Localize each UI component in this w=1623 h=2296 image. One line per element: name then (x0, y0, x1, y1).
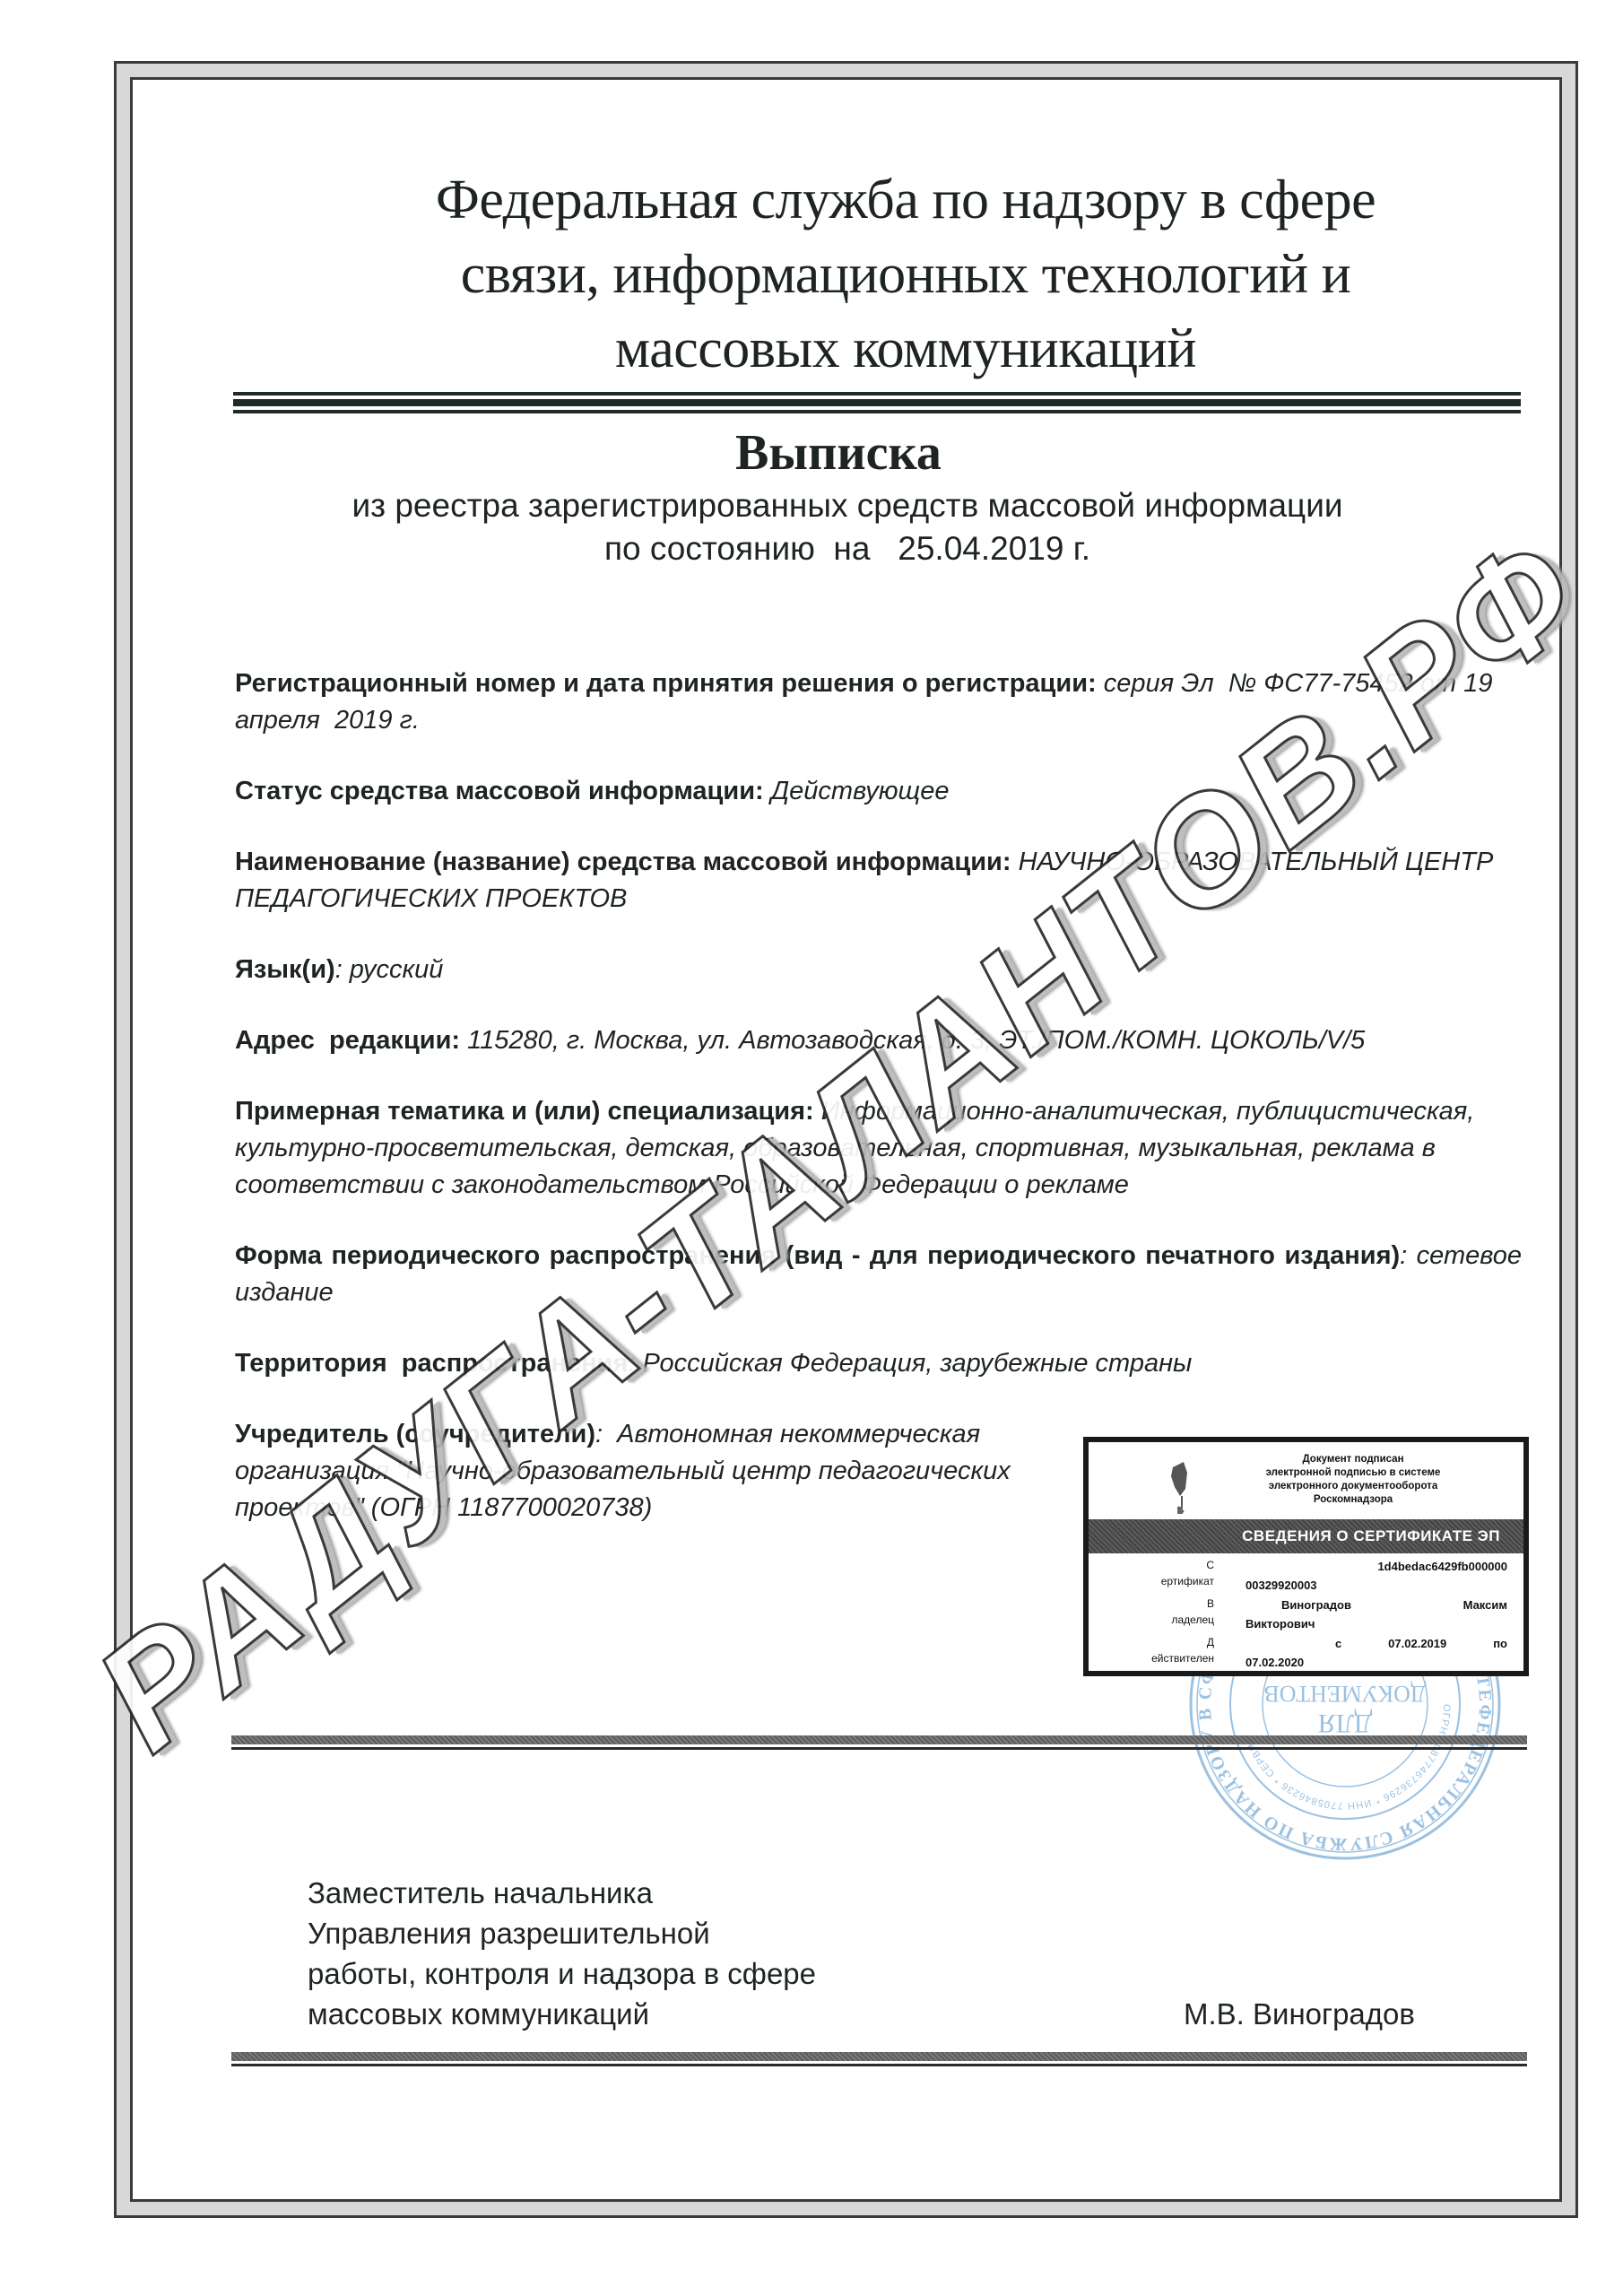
cert-notice-line: Документ подписан (1250, 1453, 1456, 1466)
cert-row-label: Действителен (1089, 1634, 1214, 1666)
signer-position: Заместитель начальника Управления разреш… (308, 1873, 816, 2034)
field-founder: Учредитель (соучредители): Автономная не… (235, 1416, 1078, 1526)
field-editorial-address: Адрес редакции: 115280, г. Москва, ул. А… (235, 1022, 1522, 1059)
field-label: Форма периодического распространения (ви… (235, 1241, 1400, 1270)
cert-row-value: ВиноградовМаксим Викторович (1245, 1596, 1507, 1633)
field-media-name: Наименование (название) средства массово… (235, 844, 1522, 918)
roskomnadzor-emblem-icon (1169, 1460, 1191, 1516)
section-divider (231, 1735, 1527, 1750)
subtitle-text: из реестра зарегистрированных средств ма… (296, 484, 1399, 527)
field-topics: Примерная тематика и (или) специализация… (235, 1093, 1522, 1204)
field-label: Регистрационный номер и дата принятия ре… (235, 669, 1097, 698)
cert-row-value: с07.02.2019по 07.02.2020 (1245, 1634, 1507, 1672)
cert-notice-line: электронного документооборота (1250, 1480, 1456, 1493)
document-subtitle: из реестра зарегистрированных средств ма… (296, 484, 1399, 570)
field-value: Действующее (764, 777, 950, 805)
cert-row-owner: Владелец ВиноградовМаксим Викторович (1089, 1596, 1523, 1634)
as-of-date-line: по состоянию на 25.04.2019 г. (296, 527, 1399, 570)
registry-fields: Регистрационный номер и дата принятия ре… (235, 665, 1522, 1561)
field-value: 115280, г. Москва, ул. Автозаводская, д.… (460, 1026, 1365, 1055)
cert-row-label: Сертификат (1089, 1557, 1214, 1589)
signer-position-line: работы, контроля и надзора в сфере (308, 1953, 816, 1994)
signer-position-line: Заместитель начальника (308, 1873, 816, 1913)
field-label: Наименование (название) средства массово… (235, 848, 1011, 876)
field-label: Учредитель (соучредители) (235, 1420, 595, 1448)
cert-band-title: СВЕДЕНИЯ О СЕРТИФИКАТЕ ЭП (1089, 1519, 1523, 1553)
cert-row-validity: Действителен с07.02.2019по 07.02.2020 (1089, 1634, 1523, 1673)
cert-row-label: Владелец (1089, 1596, 1214, 1628)
document-title: Выписка (54, 422, 1623, 484)
cert-row-value: 1d4bedac6429fb000000 00329920003 (1245, 1557, 1507, 1595)
field-value: : Российская Федерация, зарубежные стран… (628, 1349, 1192, 1378)
agency-line: массовых коммуникаций (386, 312, 1426, 387)
cert-row-certificate: Сертификат 1d4bedac6429fb000000 00329920… (1089, 1557, 1523, 1596)
footer-divider (231, 2052, 1527, 2066)
cert-notice-line: Роскомнадзора (1250, 1493, 1456, 1507)
field-label: Язык(и) (235, 955, 335, 984)
as-of-prefix: по состоянию на (604, 530, 870, 567)
field-territory: Территория распространения: Российская Ф… (235, 1345, 1522, 1382)
field-value: : русский (335, 955, 444, 984)
field-label: Статус средства массовой информации: (235, 777, 764, 805)
field-label: Примерная тематика и (или) специализация… (235, 1097, 814, 1126)
signer-position-line: массовых коммуникаций (308, 1994, 816, 2034)
e-signature-certificate-box: Документ подписан электронной подписью в… (1083, 1437, 1529, 1676)
cert-signed-notice: Документ подписан электронной подписью в… (1250, 1453, 1456, 1507)
svg-text:ДОКУМЕНТОВ: ДОКУМЕНТОВ (1263, 1681, 1426, 1707)
cert-rows: Сертификат 1d4bedac6429fb000000 00329920… (1089, 1557, 1523, 1673)
field-language: Язык(и): русский (235, 952, 1522, 988)
agency-line: связи, информационных технологий и (386, 238, 1426, 312)
agency-line: Федеральная служба по надзору в сфере (386, 163, 1426, 238)
field-registration-number: Регистрационный номер и дата принятия ре… (235, 665, 1522, 739)
field-distribution-form: Форма периодического распространения (ви… (235, 1238, 1522, 1311)
cert-notice-line: электронной подписью в системе (1250, 1466, 1456, 1480)
signer-position-line: Управления разрешительной (308, 1913, 816, 1953)
header-divider (233, 392, 1521, 413)
agency-header: Федеральная служба по надзору в сфере св… (386, 163, 1426, 387)
field-status: Статус средства массовой информации: Дей… (235, 773, 1522, 810)
field-label: Адрес редакции: (235, 1026, 460, 1055)
field-label: Территория распространения (235, 1349, 628, 1378)
signer-name: М.В. Виноградов (1184, 1994, 1415, 2034)
document-title-block: Выписка (0, 422, 1623, 484)
svg-text:ДЛЯ: ДЛЯ (1318, 1709, 1373, 1738)
as-of-date: 25.04.2019 г. (898, 530, 1090, 567)
